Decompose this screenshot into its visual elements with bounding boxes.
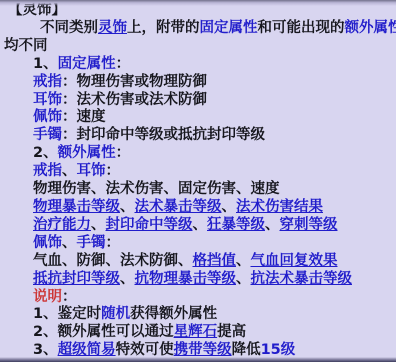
text-segment: 不同类别: [40, 20, 98, 36]
text-segment: 、: [236, 253, 251, 269]
text-segment: ：: [116, 56, 131, 72]
extra-pendant-bracelet-label: 佩饰、手镯：: [0, 235, 396, 253]
fixed-attr-pendant: 佩饰：速度: [0, 109, 396, 127]
note-3: 3、超级简易特效可使携带等级降低15级: [0, 342, 396, 360]
help-text: 【灵饰】不同类别灵饰上，附带的固定属性和可能出现的额外属性均不同1、固定属性：戒…: [0, 2, 396, 360]
text-segment: 特效可使: [116, 342, 174, 358]
note-1: 1、鉴定时随机获得额外属性: [0, 306, 396, 324]
text-segment: ：: [62, 109, 77, 125]
extra-pendant-bracelet-attrs-1: 气血、防御、法术防御、格挡值、气血回复效果: [0, 253, 396, 271]
text-segment: 、: [62, 235, 77, 251]
help-panel: 【灵饰】不同类别灵饰上，附带的固定属性和可能出现的额外属性均不同1、固定属性：戒…: [0, 0, 396, 362]
hyperlink[interactable]: 法术暴击等级: [135, 199, 222, 215]
text-segment: 说明: [33, 289, 62, 305]
fixed-attr-earring: 耳饰：法术伤害或法术防御: [0, 92, 396, 110]
text-segment: ：: [62, 289, 77, 305]
text-segment: 、: [62, 163, 77, 179]
extra-pendant-bracelet-attrs-2: 抵抗封印等级、抗物理暴击等级、抗法术暴击等级: [0, 271, 396, 289]
hyperlink[interactable]: 超级简易: [58, 342, 116, 358]
text-segment: 和可能出现的: [258, 20, 345, 36]
hyperlink[interactable]: 封印命中等级: [106, 217, 193, 233]
text-segment: 法术伤害或法术防御: [77, 92, 208, 108]
text-segment: ：: [106, 235, 121, 251]
fixed-attr-ring: 戒指：物理伤害或物理防御: [0, 74, 396, 92]
text-segment: 耳饰: [33, 92, 62, 108]
text-segment: 、: [193, 217, 208, 233]
text-segment: ：: [62, 74, 77, 90]
text-segment: 额外属性: [58, 145, 116, 161]
intro-line-1: 不同类别灵饰上，附带的固定属性和可能出现的额外属性: [0, 20, 396, 38]
text-segment: ：: [116, 145, 131, 161]
fixed-attr-bracelet: 手镯：封印命中等级或抵抗封印等级: [0, 127, 396, 145]
hyperlink[interactable]: 抗物理暴击等级: [135, 271, 237, 287]
fixed-attr-heading: 1、固定属性：: [0, 56, 396, 74]
hyperlink[interactable]: 抗法术暴击等级: [251, 271, 353, 287]
hyperlink[interactable]: 穿刺等级: [280, 217, 338, 233]
hyperlink[interactable]: 狂暴等级: [207, 217, 265, 233]
text-segment: 2、额外属性可以通过: [33, 324, 174, 340]
text-segment: ：: [62, 92, 77, 108]
text-segment: 手镯: [33, 127, 62, 143]
text-segment: 、: [120, 271, 135, 287]
extra-ring-earring-attrs-1: 物理伤害、法术伤害、固定伤害、速度: [0, 181, 396, 199]
text-segment: 气血、防御、法术防御、: [33, 253, 193, 269]
text-segment: 1、: [33, 56, 58, 72]
text-segment: 均不同: [4, 38, 48, 54]
text-segment: 佩饰: [33, 109, 62, 125]
text-segment: 物理伤害或物理防御: [77, 74, 208, 90]
text-segment: 随机: [101, 306, 130, 322]
hyperlink[interactable]: 气血回复效果: [251, 253, 338, 269]
hyperlink[interactable]: 灵饰: [98, 20, 127, 36]
text-segment: 1、鉴定时: [33, 306, 101, 322]
text-segment: 【灵饰】: [8, 2, 66, 18]
text-segment: 固定属性: [58, 56, 116, 72]
hyperlink[interactable]: 星辉石: [174, 324, 218, 340]
text-segment: 降低: [232, 342, 261, 358]
text-segment: 戒指: [33, 74, 62, 90]
text-segment: 、: [222, 199, 237, 215]
text-segment: 3、: [33, 342, 58, 358]
text-segment: ：: [106, 163, 121, 179]
extra-ring-earring-attrs-3: 治疗能力、封印命中等级、狂暴等级、穿刺等级: [0, 217, 396, 235]
text-segment: 、: [236, 271, 251, 287]
hyperlink[interactable]: 法术伤害结果: [236, 199, 323, 215]
text-segment: 15级: [261, 342, 296, 358]
text-segment: 固定属性: [200, 20, 258, 36]
text-segment: 物理伤害、法术伤害、固定伤害、速度: [33, 181, 280, 197]
text-segment: 速度: [77, 109, 106, 125]
text-segment: 、: [91, 217, 106, 233]
text-segment: 、: [120, 199, 135, 215]
text-segment: 额外属性: [345, 20, 396, 36]
intro-line-2: 均不同: [0, 38, 396, 56]
hyperlink[interactable]: 治疗能力: [33, 217, 91, 233]
text-segment: 2、: [33, 145, 58, 161]
section-header: 【灵饰】: [0, 2, 396, 20]
extra-ring-earring-label: 戒指、耳饰：: [0, 163, 396, 181]
extra-ring-earring-attrs-2: 物理暴击等级、法术暴击等级、法术伤害结果: [0, 199, 396, 217]
text-segment: 手镯: [77, 235, 106, 251]
text-segment: 提高: [217, 324, 246, 340]
note-2: 2、额外属性可以通过星辉石提高: [0, 324, 396, 342]
hyperlink[interactable]: 抵抗封印等级: [33, 271, 120, 287]
hyperlink[interactable]: 携带等级: [174, 342, 232, 358]
text-segment: 获得额外属性: [130, 306, 217, 322]
hyperlink[interactable]: 格挡值: [193, 253, 237, 269]
notes-heading: 说明：: [0, 289, 396, 307]
text-segment: 戒指: [33, 163, 62, 179]
text-segment: 封印命中等级或抵抗封印等级: [77, 127, 266, 143]
text-segment: 佩饰: [33, 235, 62, 251]
text-segment: 、: [265, 217, 280, 233]
text-segment: 上，附带的: [127, 20, 200, 36]
text-segment: 耳饰: [77, 163, 106, 179]
hyperlink[interactable]: 物理暴击等级: [33, 199, 120, 215]
extra-attr-heading: 2、额外属性：: [0, 145, 396, 163]
text-segment: ：: [62, 127, 77, 143]
